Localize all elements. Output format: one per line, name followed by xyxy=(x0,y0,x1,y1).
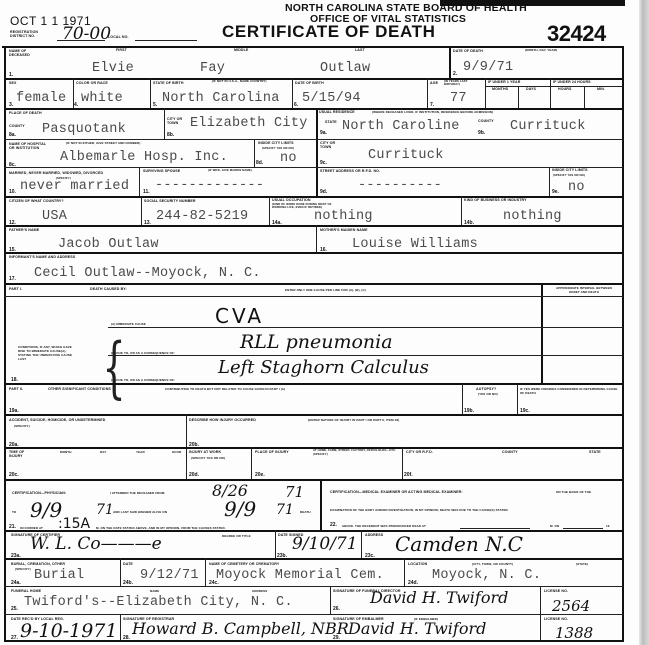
informant-name-address: Cecil Outlaw--Moyock, N. C. xyxy=(34,266,261,281)
state-of-birth-label: STATE OF BIRTH xyxy=(153,81,184,85)
death-city: Elizabeth City xyxy=(190,116,308,131)
age-value: 77 xyxy=(450,91,467,106)
residence-county: Currituck xyxy=(510,119,586,134)
date-of-death-label: DATE OF DEATH xyxy=(453,49,483,53)
age-label: AGE xyxy=(430,81,438,85)
registration-district-label: REGISTRATION DISTRICT NO. xyxy=(10,30,50,38)
death-inside-city-limits: no xyxy=(280,151,297,166)
last-name: Outlaw xyxy=(320,61,370,76)
surviving-spouse: ------------- xyxy=(155,178,264,193)
document-title: CERTIFICATE OF DEATH xyxy=(222,22,435,42)
physician-cert-label: CERTIFICATION—PHYSICIAN: xyxy=(12,491,66,495)
registrar-signature: Howard B. Campbell, NBR xyxy=(132,619,349,638)
cause-b-due-to: RLL pneumonia xyxy=(240,331,393,353)
mother-maiden-name: Louise Williams xyxy=(352,237,478,252)
usual-occupation: nothing xyxy=(314,209,373,224)
business-industry: nothing xyxy=(503,209,562,224)
death-certificate: OCT 1 1 1971 REGISTRATION DISTRICT NO. 7… xyxy=(0,0,649,645)
date-of-death: 9/9/71 xyxy=(463,60,513,75)
middle-name: Fay xyxy=(200,61,225,76)
last-label: LAST xyxy=(355,48,365,52)
date-received-local-registrar: 9-10-1971 xyxy=(20,620,117,642)
social-security-number: 244-82-5219 xyxy=(156,209,248,224)
place-of-death-label: PLACE OF DEATH xyxy=(9,111,42,115)
cause-c-due-to: Left Staghorn Calculus xyxy=(218,357,429,378)
last-saw-alive-date: 9/9 xyxy=(224,497,256,521)
registration-district-number: 70-00 xyxy=(62,24,111,44)
date-of-birth-label: DATE OF BIRTH xyxy=(295,81,324,85)
certifier-signature: W. L. Co———e xyxy=(30,534,162,554)
form-right-border xyxy=(622,46,624,640)
name-label: NAME OF DECEASED xyxy=(9,49,39,57)
residence-state: North Caroline xyxy=(342,119,460,134)
residence-city: Currituck xyxy=(368,148,444,163)
first-label: FIRST xyxy=(116,48,127,52)
funeral-director-signature: David H. Twiford xyxy=(370,588,508,607)
state-of-birth: North Carolina xyxy=(162,91,280,106)
sex-value: female xyxy=(16,91,66,106)
hospital-name: Albemarle Hosp. Inc. xyxy=(60,150,228,165)
certifier-address: Camden N.C xyxy=(395,532,523,556)
embalmer-signature: David H. Twiford xyxy=(348,619,486,638)
form-left-border xyxy=(4,46,6,640)
cemetery-name: Moyock Memorial Cem. xyxy=(216,568,384,583)
cemetery-location: Moyock, N. C. xyxy=(432,568,541,583)
race-label: COLOR OR RACE xyxy=(76,81,108,85)
district-underline xyxy=(57,40,105,41)
marital-status: never married xyxy=(20,179,129,194)
medical-examiner-cert-label: CERTIFICATION—MEDICAL EXAMINER OR ACTING… xyxy=(330,490,463,494)
date-signed: 9/10/71 xyxy=(292,534,358,554)
race-value: white xyxy=(81,91,123,106)
certificate-number: 32424 xyxy=(547,21,606,47)
death-county: Pasquotank xyxy=(42,122,126,137)
director-license-number: 2564 xyxy=(552,597,590,615)
residence-label: USUAL RESIDENCE xyxy=(319,110,355,114)
scan-edge xyxy=(639,0,649,645)
date-of-birth: 5/15/94 xyxy=(302,91,361,106)
funeral-home: Twiford's--Elizabeth City, N. C. xyxy=(24,595,293,610)
citizen-country: USA xyxy=(42,209,67,224)
residence-street: ---------- xyxy=(358,178,442,193)
disposition-method: Burial xyxy=(34,568,84,583)
sex-label: SEX xyxy=(9,81,17,85)
cause-a-immediate: CVA xyxy=(215,304,264,328)
first-name: Elvie xyxy=(92,61,134,76)
local-no-label: LOCAL NO. xyxy=(108,35,129,39)
middle-label: MIDDLE xyxy=(234,48,248,52)
local-no-underline xyxy=(135,40,197,41)
disposition-date: 9/12/71 xyxy=(140,568,199,583)
residence-inside-city-limits: no xyxy=(568,180,585,195)
father-name: Jacob Outlaw xyxy=(58,237,159,252)
